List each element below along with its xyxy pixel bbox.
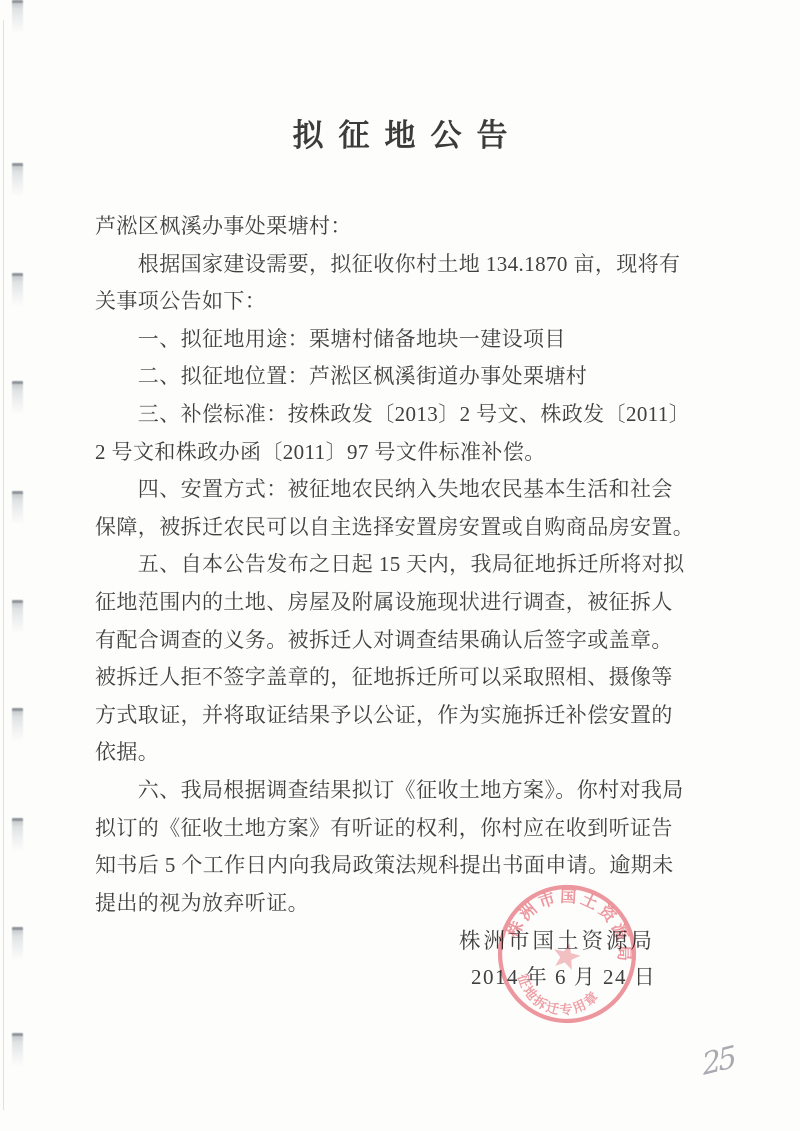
binder-hole [12,491,23,524]
document-line: 被拆迁人拒不签字盖章的，征地拆迁所可以采取照相、摄像等 [95,659,717,697]
document-line: 芦淞区枫溪办事处栗塘村： [95,208,717,246]
document-line: 一、拟征地用途：栗塘村储备地块一建设项目 [95,321,717,359]
binder-hole [12,708,23,741]
seal-star-icon [550,940,583,971]
document-line: 四、安置方式：被征地农民纳入失地农民基本生活和社会 [95,471,717,509]
binder-hole [12,818,23,851]
document-line: 征地范围内的土地、房屋及附属设施现状进行调查，被征拆人 [95,584,717,622]
document-line: 六、我局根据调查结果拟订《征收土地方案》。你村对我局 [95,772,717,810]
document-line: 五、自本公告发布之日起 15 天内，我局征地拆迁所将对拟 [95,546,717,584]
binder-hole [12,0,23,33]
handwritten-page-mark: 25 [701,1040,736,1083]
document-line: 2 号文和株政办函〔2011〕97 号文件标准补偿。 [95,434,717,472]
document-line: 有配合调查的义务。被拆迁人对调查结果确认后签字或盖章。 [95,622,717,660]
document-line: 关事项公告如下： [95,283,717,321]
document-title: 拟征地公告 [0,110,800,155]
document-line: 方式取证，并将取证结果予以公证，作为实施拆迁补偿安置的 [95,697,717,735]
document-line: 保障，被拆迁农民可以自主选择安置房安置或自购商品房安置。 [95,509,717,547]
document-line: 依据。 [95,734,717,772]
document-line: 知书后 5 个工作日内向我局政策法规科提出书面申请。逾期未 [95,847,717,885]
binder-hole [12,273,23,306]
binder-hole [12,381,23,414]
binder-hole [12,600,23,633]
binder-hole [12,1033,23,1066]
document-line: 三、补偿标准：按株政发〔2013〕2 号文、株政发〔2011〕 [95,396,717,434]
document-body: 芦淞区枫溪办事处栗塘村： 根据国家建设需要，拟征收你村土地 134.1870 亩… [95,208,717,922]
binder-hole [12,163,23,196]
binder-hole [12,927,23,960]
document-line: 拟订的《征收土地方案》有听证的权利，你村应在收到听证告 [95,810,717,848]
document-line: 二、拟征地位置：芦淞区枫溪街道办事处栗塘村 [95,358,717,396]
scan-edge-artifact [3,20,4,1110]
scanned-document-page: 拟征地公告 芦淞区枫溪办事处栗塘村： 根据国家建设需要，拟征收你村土地 134.… [0,0,800,1131]
document-line: 根据国家建设需要，拟征收你村土地 134.1870 亩，现将有 [95,246,717,284]
